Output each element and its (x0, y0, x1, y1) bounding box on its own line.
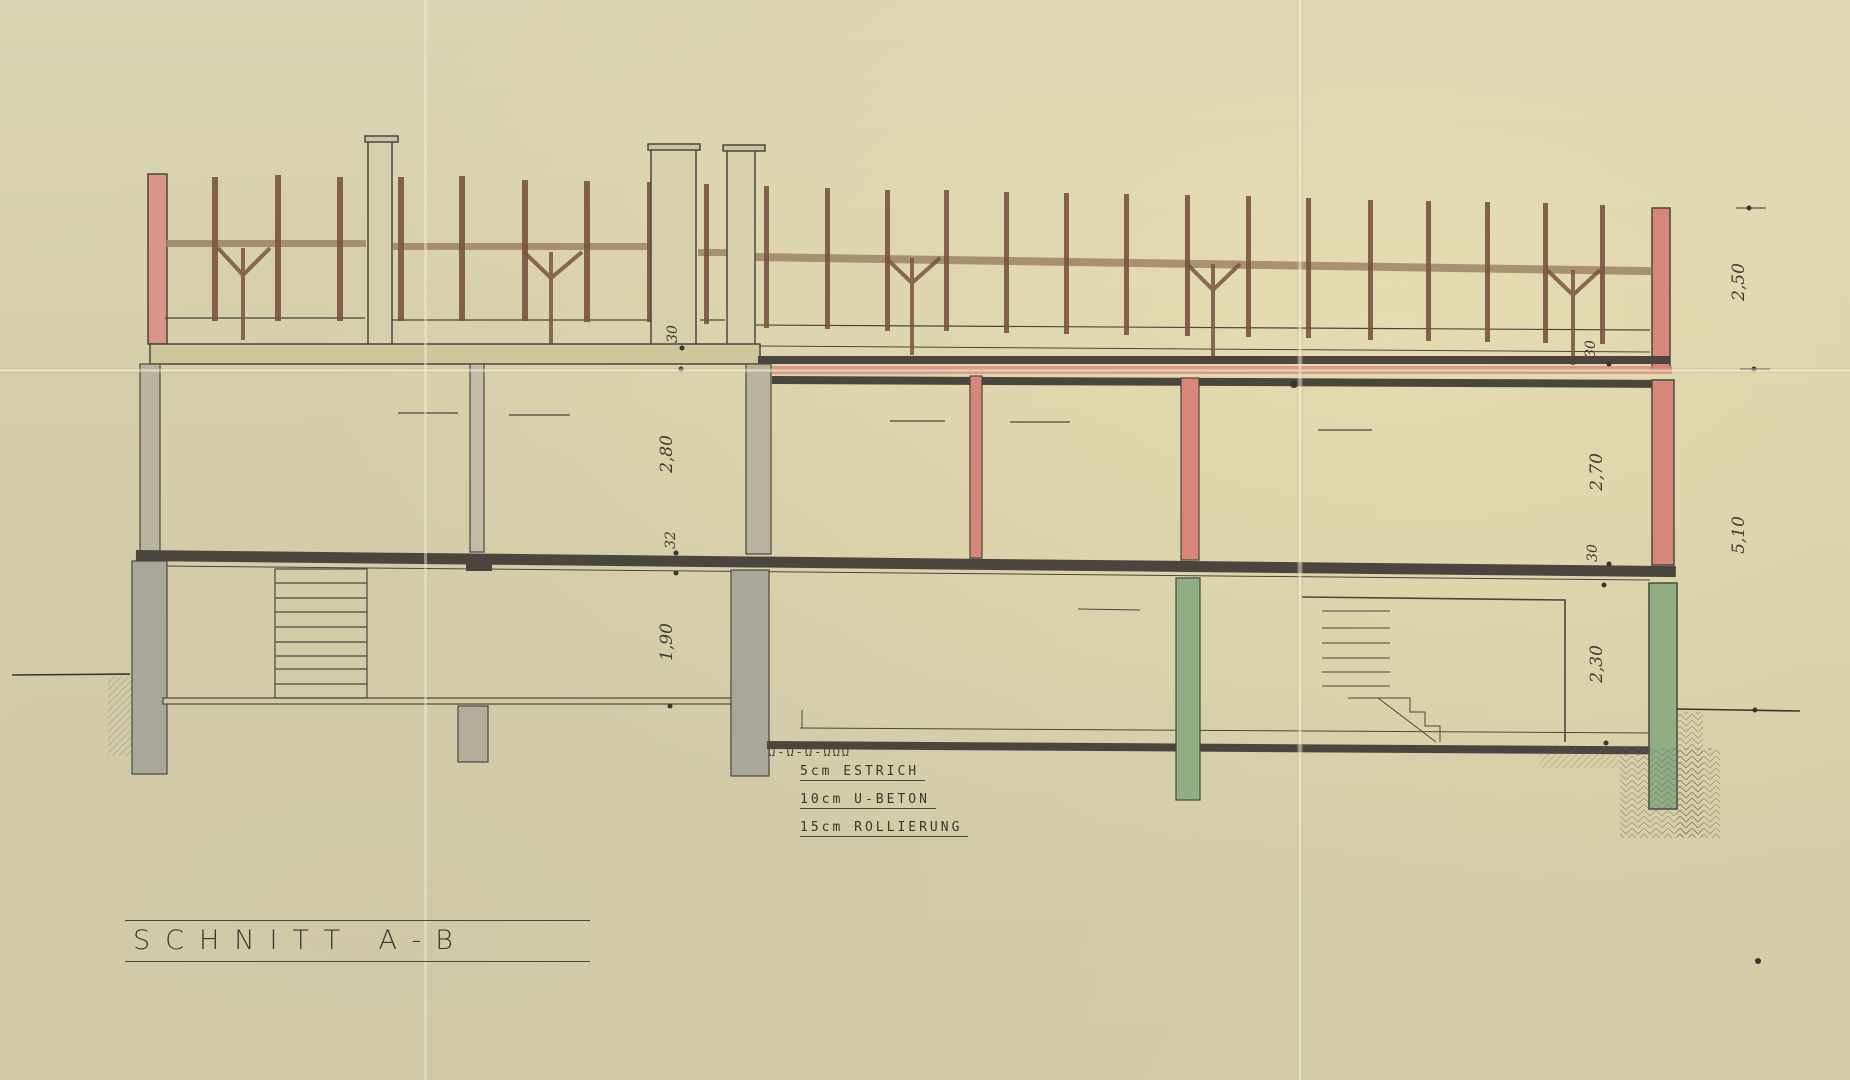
drawing-sheet: 2,50 5,10 2,80 30 32 1,90 30 2,70 30 2,3… (0, 0, 1850, 1080)
paper-fold-horizontal (0, 368, 1850, 373)
section-drawing (0, 0, 1850, 1080)
floor-layer-beton: 10cm U-BETON (800, 792, 936, 809)
dim-right-upper-floor: 2,70 (1587, 453, 1607, 491)
paper-crease (424, 0, 427, 1080)
floor-buildup-header: Ω-Ω-Ω-ΩΩΩ (768, 745, 851, 759)
dim-left-mid-slab: 32 (663, 531, 679, 549)
dim-left-upper-floor: 2,80 (657, 435, 677, 473)
left-parapet-wall (148, 174, 167, 344)
dim-roof-height: 2,50 (1729, 263, 1749, 301)
floor-layer-rollierung: 15cm ROLLIERUNG (800, 820, 968, 837)
paper-fold-vertical (1297, 0, 1303, 1080)
dim-total-height: 5,10 (1729, 516, 1749, 554)
dim-left-lower-floor: 1,90 (657, 623, 677, 661)
dim-right-upper-slab: 30 (1583, 340, 1599, 358)
right-parapet-wall (1652, 208, 1670, 370)
drawing-title: SCHNITT A-B (133, 925, 468, 956)
roof-structure (148, 136, 1670, 370)
dim-left-upper-slab: 30 (665, 325, 681, 343)
dim-right-basement: 2,30 (1587, 645, 1607, 683)
dim-right-mid-slab: 30 (1585, 544, 1601, 562)
upper-floor-walls (140, 364, 1674, 565)
floor-layer-estrich: 5cm ESTRICH (800, 764, 925, 781)
title-block: SCHNITT A-B (125, 920, 590, 962)
